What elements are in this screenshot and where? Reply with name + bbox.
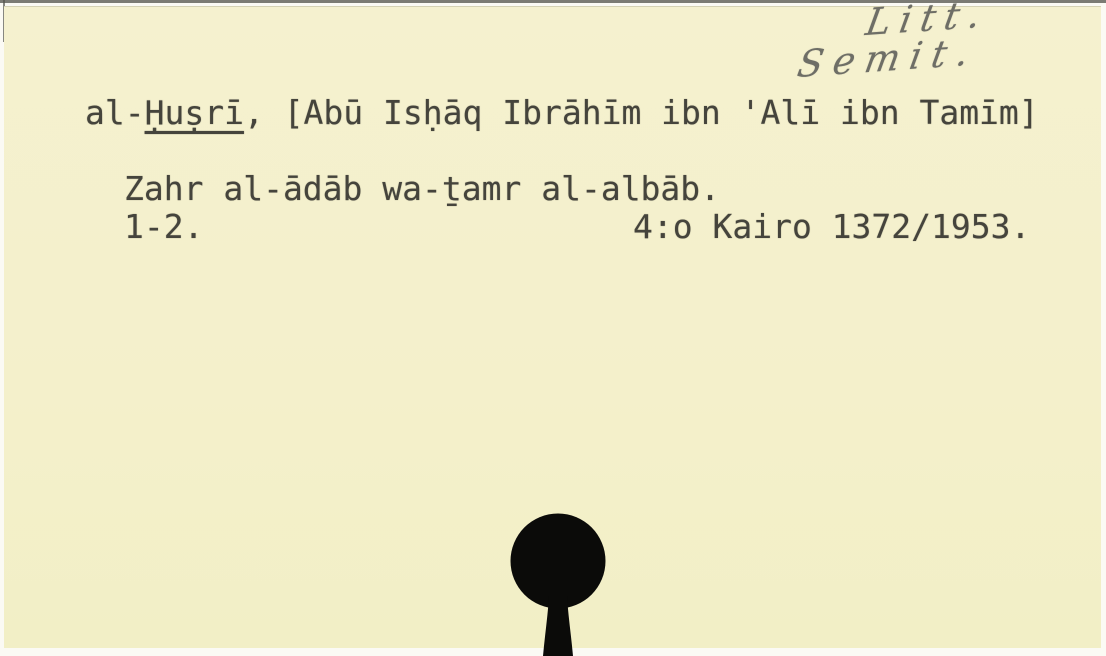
catalog-card: Litt. Semit. al-Ḥuṣrī, [Abū Isḥāq Ibrāhī… xyxy=(4,6,1101,648)
title-transliteration: Zahr al-ādāb wa-ṯamr al-albāb. xyxy=(124,172,720,206)
classification-line-2: Semit. xyxy=(795,33,986,83)
volumes-statement: 1-2. xyxy=(124,210,203,244)
author-heading: al-Ḥuṣrī, [Abū Isḥāq Ibrāhīm ibn 'Alī ib… xyxy=(85,96,1039,130)
format-imprint: 4:o Kairo 1372/1953. xyxy=(633,210,1030,244)
classification-note: Litt. Semit. xyxy=(795,0,993,83)
author-heading-rest: , [Abū Isḥāq Ibrāhīm ibn 'Alī ibn Tamīm] xyxy=(244,93,1039,132)
author-name-underlined: Ḥuṣrī xyxy=(145,93,244,132)
catalog-card-scan: Litt. Semit. al-Ḥuṣrī, [Abū Isḥāq Ibrāhī… xyxy=(0,0,1106,656)
author-prefix: al- xyxy=(85,93,145,132)
